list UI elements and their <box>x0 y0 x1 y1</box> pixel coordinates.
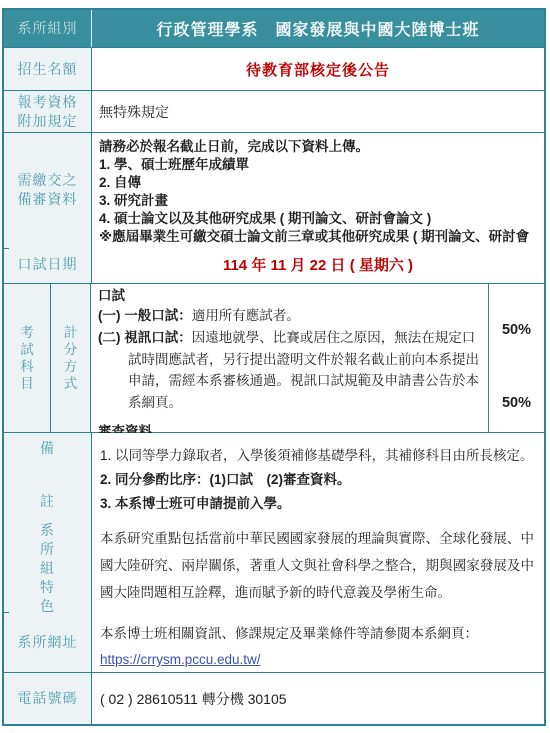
website-link[interactable]: https://crrysm.pccu.edu.tw/ <box>100 652 261 667</box>
website-info: 本系博士班相關資訊、修課規定及畢業條件等請參閱本系網頁： https://crr… <box>92 621 544 673</box>
row-oral-date: 口試日期 114 年 11 月 22 日 ( 星期六 ) <box>4 246 544 284</box>
documents-list: 請務必於報名截止日前，完成以下資料上傳。 1. 學、碩士班歷年成績單 2. 自傳… <box>92 133 544 246</box>
exam-subject-label: 考 試 科 目 <box>4 284 51 432</box>
row-phone: 電話號碼 ( 02 ) 28610511 轉分機 30105 <box>4 673 544 724</box>
row-department: 系所組別 行政管理學系 國家發展與中國大陸博士班 <box>4 10 544 48</box>
admission-info-table: 系所組別 行政管理學系 國家發展與中國大陸博士班 招生名額 待教育部核定後公告 … <box>2 8 546 726</box>
phone-label: 電話號碼 <box>4 673 92 724</box>
scoring-method-label: 計 分 方 式 <box>51 284 91 432</box>
department-label: 系所組別 <box>4 10 92 47</box>
notes-label-char: 註 <box>4 493 91 509</box>
merged-left-labels: 備 註 系 所 組 特 色 系所網址 <box>4 433 92 672</box>
oral-exam-item-video: (二) 視訊口試：因遠地就學、比賽或居住之原因，無法在規定口試時間應試者，另行提… <box>98 327 482 413</box>
score-percent-column: 50% 50% <box>489 284 544 432</box>
features-label-char: 所 <box>4 541 91 557</box>
merged-right-content: 1. 以同等學力錄取者，入學後須補修基礎學科，其補修科目由所長核定。 2. 同分… <box>92 433 544 672</box>
review-material-percent: 50% <box>489 395 544 411</box>
quota-label: 招生名額 <box>4 48 92 90</box>
note-item: 2. 同分參酌比序：(1)口試 (2)審查資料。 <box>100 468 534 492</box>
oral-exam-item-general: (一) 一般口試：適用所有應試者。 <box>98 305 482 327</box>
oral-date-value: 114 年 11 月 22 日 ( 星期六 ) <box>92 246 544 283</box>
eligibility-value: 無特殊規定 <box>92 91 544 132</box>
row-notes-features-website: 備 註 系 所 組 特 色 系所網址 1. 以同等學力錄取者，入學後須補修基礎學… <box>4 433 544 673</box>
website-description: 本系博士班相關資訊、修課規定及畢業條件等請參閱本系網頁： <box>100 621 534 647</box>
quota-value: 待教育部核定後公告 <box>92 48 544 90</box>
row-exam: 考 試 科 目 計 分 方 式 口試 (一) 一般口試：適用所有應試者。 (二)… <box>4 284 544 433</box>
department-title: 行政管理學系 國家發展與中國大陸博士班 <box>92 10 544 47</box>
features-label-char: 特 <box>4 579 91 595</box>
row-eligibility: 報考資格 附加規定 無特殊規定 <box>4 91 544 133</box>
features-label-char: 系 <box>4 522 91 538</box>
documents-label: 需繳交之 備審資料 <box>4 133 92 246</box>
notes-label-char: 備 <box>4 440 91 456</box>
note-item: 3. 本系博士班可申請提前入學。 <box>100 492 534 516</box>
notes-list: 1. 以同等學力錄取者，入學後須補修基礎學科，其補修科目由所長核定。 2. 同分… <box>92 444 544 516</box>
oral-exam-title: 口試 <box>98 287 482 305</box>
phone-value: ( 02 ) 28610511 轉分機 30105 <box>92 673 544 724</box>
documents-item: 2. 自傳 <box>99 174 542 192</box>
documents-intro: 請務必於報名截止日前，完成以下資料上傳。 <box>99 138 542 156</box>
documents-item: 4. 碩士論文以及其他研究成果 ( 期刊論文、研討會論文 ) <box>99 210 542 228</box>
row-divider-tick <box>4 248 9 249</box>
row-divider-tick <box>4 612 9 613</box>
note-item: 1. 以同等學力錄取者，入學後須補修基礎學科，其補修科目由所長核定。 <box>100 444 534 468</box>
exam-description: 口試 (一) 一般口試：適用所有應試者。 (二) 視訊口試：因遠地就學、比賽或居… <box>91 284 489 432</box>
eligibility-label: 報考資格 附加規定 <box>4 91 92 132</box>
website-label: 系所網址 <box>4 633 91 652</box>
documents-item: 3. 研究計畫 <box>99 192 542 210</box>
row-documents: 需繳交之 備審資料 請務必於報名截止日前，完成以下資料上傳。 1. 學、碩士班歷… <box>4 133 544 246</box>
documents-item: 1. 學、碩士班歷年成績單 <box>99 156 542 174</box>
row-quota: 招生名額 待教育部核定後公告 <box>4 48 544 91</box>
features-paragraph: 本系研究重點包括當前中華民國國家發展的理論與實際、全球化發展、中國大陸研究、兩岸… <box>92 525 544 606</box>
features-label-char: 色 <box>4 598 91 614</box>
oral-exam-percent: 50% <box>489 322 544 338</box>
features-label-char: 組 <box>4 560 91 576</box>
oral-date-label: 口試日期 <box>4 246 92 283</box>
